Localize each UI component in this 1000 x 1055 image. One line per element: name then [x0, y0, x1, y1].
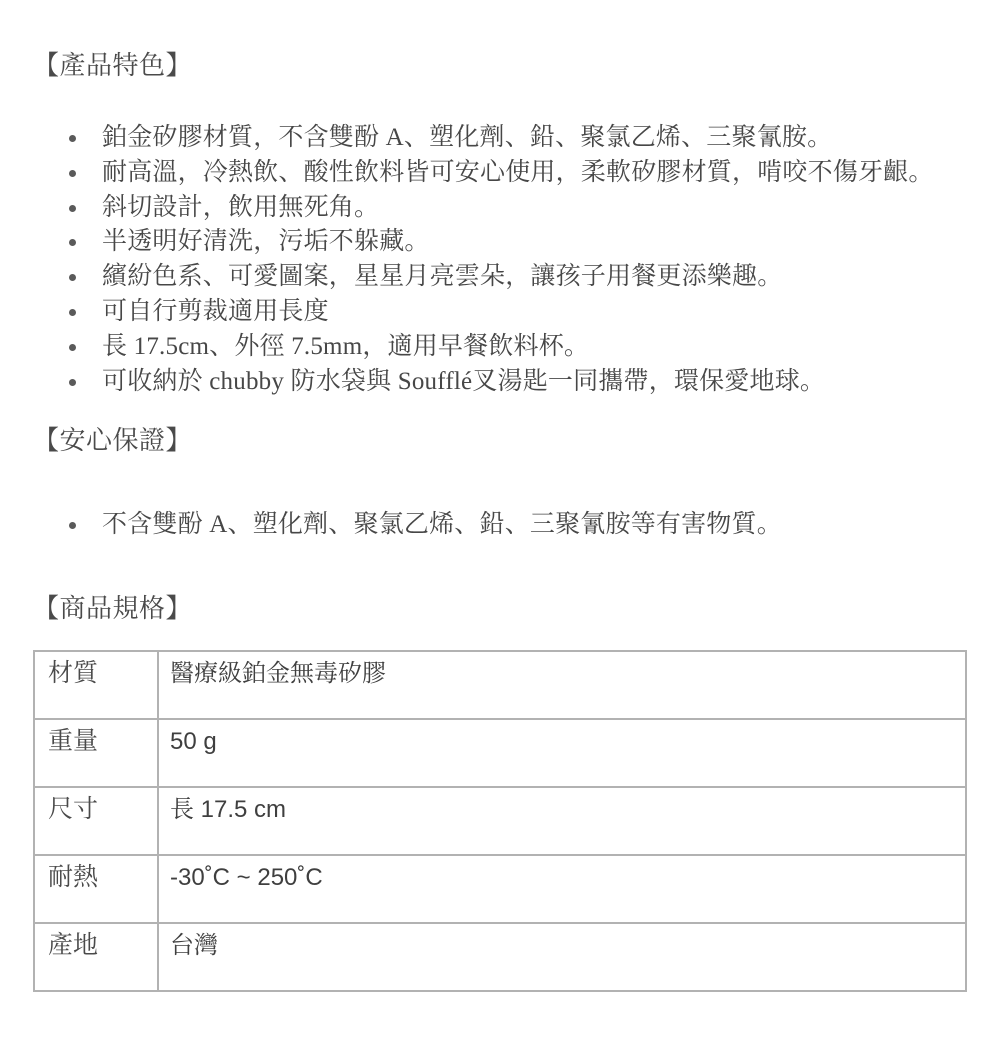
- assurance-item: 不含雙酚 A、塑化劑、聚氯乙烯、鉛、三聚氰胺等有害物質。: [33, 508, 967, 543]
- spec-label: 耐熱: [34, 855, 158, 923]
- spec-label: 尺寸: [34, 787, 158, 855]
- spec-value: 50 g: [158, 719, 966, 787]
- feature-item: 耐高溫，冷熱飲、酸性飲料皆可安心使用，柔軟矽膠材質，啃咬不傷牙齦。: [33, 156, 967, 191]
- spec-value: 醫療級鉑金無毒矽膠: [158, 651, 966, 719]
- assurance-section-heading: 【安心保證】: [33, 425, 967, 457]
- spec-row-heat-resistance: 耐熱 -30˚C ~ 250˚C: [34, 855, 966, 923]
- spec-value: 長 17.5 cm: [158, 787, 966, 855]
- spec-row-material: 材質 醫療級鉑金無毒矽膠: [34, 651, 966, 719]
- features-list: 鉑金矽膠材質，不含雙酚 A、塑化劑、鉛、聚氯乙烯、三聚氰胺。 耐高溫，冷熱飲、酸…: [33, 121, 967, 399]
- feature-item: 半透明好清洗，污垢不躲藏。: [33, 225, 967, 260]
- spec-value: 台灣: [158, 923, 966, 991]
- spec-label: 產地: [34, 923, 158, 991]
- spec-row-origin: 產地 台灣: [34, 923, 966, 991]
- assurance-list: 不含雙酚 A、塑化劑、聚氯乙烯、鉛、三聚氰胺等有害物質。: [33, 508, 967, 543]
- feature-item: 可自行剪裁適用長度: [33, 295, 967, 330]
- specs-section-heading: 【商品規格】: [33, 593, 967, 625]
- spec-table: 材質 醫療級鉑金無毒矽膠 重量 50 g 尺寸 長 17.5 cm 耐熱 -30…: [33, 650, 967, 992]
- product-description-page: 【產品特色】 鉑金矽膠材質，不含雙酚 A、塑化劑、鉛、聚氯乙烯、三聚氰胺。 耐高…: [0, 0, 1000, 992]
- spec-value: -30˚C ~ 250˚C: [158, 855, 966, 923]
- feature-item: 可收納於 chubby 防水袋與 Soufflé叉湯匙一同攜帶，環保愛地球。: [33, 365, 967, 400]
- feature-item: 鉑金矽膠材質，不含雙酚 A、塑化劑、鉛、聚氯乙烯、三聚氰胺。: [33, 121, 967, 156]
- spec-row-weight: 重量 50 g: [34, 719, 966, 787]
- feature-item: 繽紛色系、可愛圖案，星星月亮雲朵，讓孩子用餐更添樂趣。: [33, 260, 967, 295]
- feature-item: 長 17.5cm、外徑 7.5mm，適用早餐飲料杯。: [33, 330, 967, 365]
- spec-row-size: 尺寸 長 17.5 cm: [34, 787, 966, 855]
- features-section-heading: 【產品特色】: [33, 50, 967, 82]
- spec-label: 材質: [34, 651, 158, 719]
- feature-item: 斜切設計，飲用無死角。: [33, 191, 967, 226]
- spec-label: 重量: [34, 719, 158, 787]
